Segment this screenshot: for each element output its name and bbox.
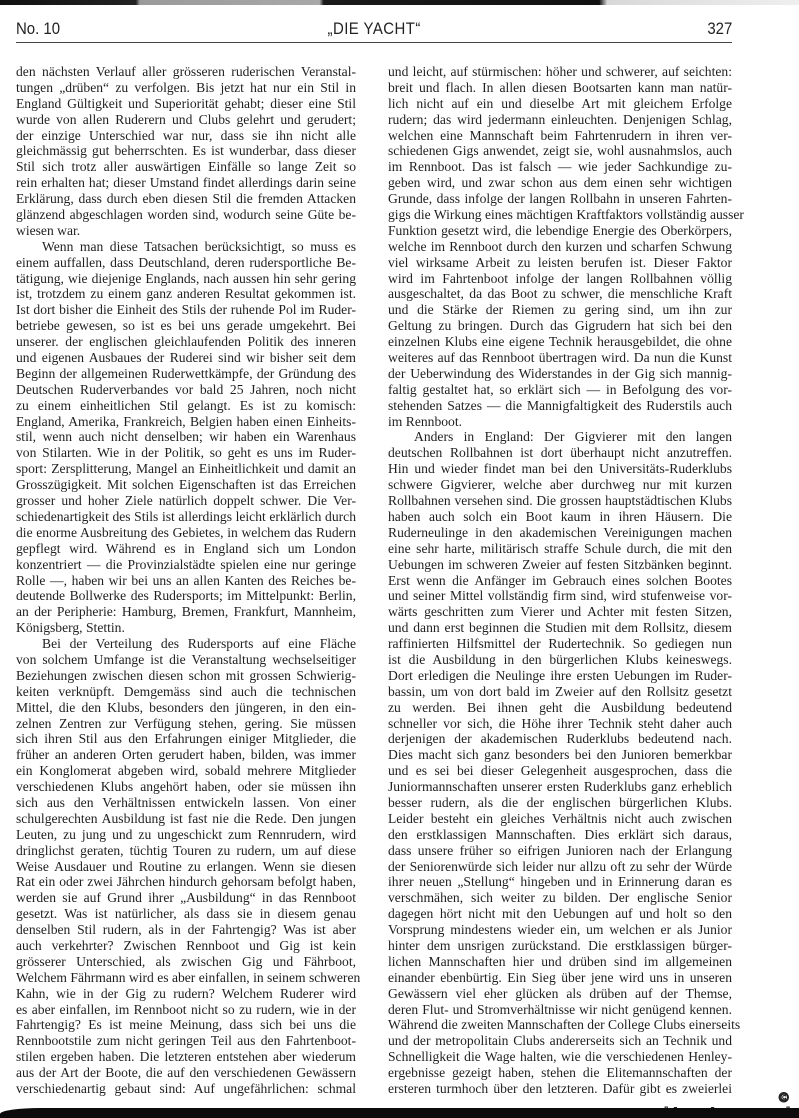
text-line: zu werden. Bei ihnen geht die Ausbildung…	[388, 700, 732, 716]
text-line: Beziehungen zwischen diesen schon mit gr…	[16, 668, 356, 684]
text-line: viel wirksame Arbeit zu leisten berufen …	[388, 255, 732, 271]
text-line: Königsberg, Stettin.	[16, 620, 356, 636]
text-line: Schnelligkeit die Wage halten, wie die v…	[388, 1049, 732, 1065]
text-line: Juniormannschaften unserer ersten Ruderk…	[388, 779, 732, 795]
text-line: weiteres auf das Rennboot übertragen wir…	[388, 350, 732, 366]
text-line: und seiner Mittel vollständig firm sind,…	[388, 588, 732, 604]
text-line: schiedenen Gigs anwendet, zeigt sie, woh…	[388, 143, 732, 159]
text-line: breit und flach. In allen diesen Bootsar…	[388, 80, 732, 96]
text-line: ist, trotzdem zu einem ganz anderen Resu…	[16, 286, 356, 302]
text-line: Dies macht sich ganz besonders bei den J…	[388, 747, 732, 763]
text-line: Ist dort bisher die Einheit des Stils de…	[16, 302, 356, 318]
text-line: wärts geschritten zum Vierer und Achter …	[388, 604, 732, 620]
text-line: ist die Ausbildung in den bürgerlichen K…	[388, 652, 732, 668]
text-line: stehenden Satzes — die Mannigfaltigkeit …	[388, 398, 732, 414]
text-line: grosser und hoher Ziele natürlich doppel…	[16, 493, 356, 509]
text-line: Rollbahnen versehen sind. Die grossen ha…	[388, 493, 732, 509]
text-line: gesetzt. Was ist natürlicher, als dass s…	[16, 906, 356, 922]
text-line: hinter dem unsrigen zurückstand. Die ers…	[388, 938, 732, 954]
text-line: glänzend abgeschlagen worden sind, wodur…	[16, 207, 356, 223]
text-line: bassin, um von dort bald im Zweier auf d…	[388, 684, 732, 700]
text-line: Rolle —, haben wir bei uns an allen Kant…	[16, 573, 356, 589]
text-line: Stil sich trotz aller auswärtigen Einfäl…	[16, 159, 356, 175]
text-line: Erst wenn die Anfänger im Gebrauch eines…	[388, 573, 732, 589]
text-line: Kahn, wie in der Gig zu rudern? Welchem …	[16, 986, 356, 1002]
text-line: verschiedenartig gebaut sind: Auf ungefä…	[16, 1081, 356, 1097]
text-line: einem auffallen, dass Deutschland, deren…	[16, 255, 356, 271]
text-line: im Rennboot. Das ist falsch — wie jeder …	[388, 159, 732, 175]
scan-border-bottom	[0, 1108, 799, 1118]
text-line: im Rennboot.	[388, 414, 732, 430]
text-line: schiedenartigkeit des Stils ist allerdin…	[16, 509, 356, 525]
text-column-right: und leicht, auf stürmischen: höher und s…	[388, 64, 732, 1097]
text-line: es aber einfallen, im Rennboot nicht so …	[16, 1002, 356, 1018]
text-line: England Gültigkeit und Superiorität geha…	[16, 96, 356, 112]
text-line: einzelnen Klubs eine eigene Technik hera…	[388, 334, 732, 350]
text-line: Ruderneulinge in den akademischen Verein…	[388, 525, 732, 541]
text-line: Leuten, zu jung und zu ungeschickt zum R…	[16, 827, 356, 843]
text-line: der einzige Unterschied war nur, dass si…	[16, 128, 356, 144]
text-line: den erstklassigen Mannschaften. Dies erk…	[388, 827, 732, 843]
text-line: Uebungen im schweren Zweier auf festen S…	[388, 557, 732, 573]
text-line: der Seniorenwürde sich leider nur allzu …	[388, 859, 732, 875]
text-line: rein erhalten hat; dieser Umstand findet…	[16, 175, 356, 191]
text-line: deren Flut- und Stromverhältnisse wir ni…	[388, 1002, 732, 1018]
text-line: derjenigen der akademischen Ruderklubs b…	[388, 731, 732, 747]
paragraph: Bei der Verteilung des Rudersports auf e…	[16, 636, 356, 1097]
text-line: und dann erst beginnen die Studien mit d…	[388, 620, 732, 636]
text-line: Gewässern viel eher glücken als drüben a…	[388, 986, 732, 1002]
text-line: raffinierten Hilfsmittel der Rudertechni…	[388, 636, 732, 652]
paragraph: und leicht, auf stürmischen: höher und s…	[388, 64, 732, 429]
scan-border-top	[0, 0, 799, 5]
text-line: Mittel, die den Klubs, besonders den jün…	[16, 700, 356, 716]
text-line: Während die zweiten Mannschaften der Col…	[388, 1017, 732, 1033]
text-line: ergebnisse gezeigt haben, stehen die Eli…	[388, 1065, 732, 1081]
text-line: Welchem Fährmann wird es aber einfallen,…	[16, 970, 356, 986]
text-line: deutschen Rollbahnen ist dort überhaupt …	[388, 445, 732, 461]
text-line: Bei der Verteilung des Rudersports auf e…	[16, 636, 356, 652]
text-line: sport: Zersplitterung, Mangel an Einheit…	[16, 461, 356, 477]
text-line: ausgeschaltet, da das Boot zu schwer, di…	[388, 286, 732, 302]
text-line: dagegen hört nicht mit den Uebungen auf …	[388, 906, 732, 922]
text-line: dass unsere früher so eifrigen Junioren …	[388, 843, 732, 859]
text-line: gepflegt wird. Während es in England sic…	[16, 541, 356, 557]
text-line: gigs die Wirkung eines mächtigen Kraftfa…	[388, 207, 732, 223]
text-line: grösserer Unterschied, als zwischen Gig …	[16, 954, 356, 970]
text-line: Beginn der allgemeinen Ruderwettkämpfe, …	[16, 366, 356, 382]
text-line: früher an anderen Orten gerudert haben, …	[16, 747, 356, 763]
text-line: schulgerechten Ausbildung ist fast nie d…	[16, 811, 356, 827]
text-line: an der Peripherie: Hamburg, Bremen, Fran…	[16, 604, 356, 620]
paragraph: Wenn man diese Tatsachen berücksichtigt,…	[16, 239, 356, 636]
text-line: verschmähen, sich weiter zu bilden. Der …	[388, 890, 732, 906]
text-line: Erklärung, dass durch eben diesen Stil d…	[16, 191, 356, 207]
text-line: lich nicht auf ein und dieselbe Art mit …	[388, 96, 732, 112]
paragraph: den nächsten Verlauf aller grösseren rud…	[16, 64, 356, 239]
text-line: geben wird, und zwar schon aus dem einen…	[388, 175, 732, 191]
text-line: stilen ergeben haben. Die letzteren ents…	[16, 1049, 356, 1065]
text-line: deutende Bollwerke des Rudersports; im M…	[16, 588, 356, 604]
text-line: welchen eine Mannschaft beim Fahrtenrude…	[388, 128, 732, 144]
text-line: wiesen war.	[16, 223, 356, 239]
header-rule	[16, 42, 732, 43]
text-line: tungen „drüben“ zu verfolgen. Bis jetzt …	[16, 80, 356, 96]
text-line: ihrer neuen „Stellung“ hingeben und in E…	[388, 874, 732, 890]
text-line: Leider besteht ein gleiches Verhältnis n…	[388, 811, 732, 827]
text-line: ein Konglomerat abgeben wird, sobald meh…	[16, 763, 356, 779]
text-line: sich aus den Verhältnissen entwickeln la…	[16, 795, 356, 811]
text-line: schwere Gigvierer, welche aber durchweg …	[388, 477, 732, 493]
text-line: werden sie auf Grund ihrer „Ausbildung“ …	[16, 890, 356, 906]
text-line: Geltung zu bringen. Durch das Gigrudern …	[388, 318, 732, 334]
text-line: und die Stärke der Riemen zu gering sind…	[388, 302, 732, 318]
text-line: Fahrtengig? Es ist meine Meinung, dass s…	[16, 1017, 356, 1033]
page-number: 327	[707, 19, 732, 39]
text-line: Dort erledigen die Neulinge ihre ersten …	[388, 668, 732, 684]
text-line: stil, wenn auch nicht denselben; wir hab…	[16, 429, 356, 445]
text-line: und es sei bei dieser Gelegenheit ausges…	[388, 763, 732, 779]
text-line: Rennbootstile zum nicht geringen Teil au…	[16, 1033, 356, 1049]
text-column-left: den nächsten Verlauf aller grösseren rud…	[16, 64, 356, 1097]
text-line: wurde von allen Ruderern und Clubs geleh…	[16, 112, 356, 128]
publication-title: „DIE YACHT“	[16, 19, 732, 39]
text-line: wird im Fahrtenboot infolge der langen R…	[388, 271, 732, 287]
text-line: einander ebenbürtig. Ein Sieg über jene …	[388, 970, 732, 986]
text-line: Funktion gesetzt wird, die lebendige Ene…	[388, 223, 732, 239]
text-line: von Stilarten. Wie in der Politik, so ge…	[16, 445, 356, 461]
text-line: der Ueberwindung des Widerstandes in der…	[388, 366, 732, 382]
text-line: betriebe gewesen, so ist es bei uns gera…	[16, 318, 356, 334]
text-line: den nächsten Verlauf aller grösseren rud…	[16, 64, 356, 80]
text-line: denselben Stil rudern, als in der Fahrte…	[16, 922, 356, 938]
text-line: dringlichst geraten, tüchtig Touren zu r…	[16, 843, 356, 859]
text-line: gleichmässig gut beherrschten. Es ist wu…	[16, 143, 356, 159]
text-line: und eigenen Ausbaues der Ruderei sind wi…	[16, 350, 356, 366]
text-line: von solchem Umfange ist die Veranstaltun…	[16, 652, 356, 668]
text-line: auch verkehrter? Zwischen Rennboot und G…	[16, 938, 356, 954]
text-line: haben auch solch ein Boot kaum in ihren …	[388, 509, 732, 525]
text-line: keiten verknüpft. Demgemäss sind auch di…	[16, 684, 356, 700]
text-line: aus der Art der Boote, die auf den versc…	[16, 1065, 356, 1081]
text-line: Rat ein oder zwei Jährchen hindurch geho…	[16, 874, 356, 890]
paragraph: Anders in England: Der Gigvierer mit den…	[388, 429, 732, 1096]
text-line: sich ihren Stil aus den Erfahrungen eini…	[16, 731, 356, 747]
text-line: konzentriert — die Provinzialstädte spie…	[16, 557, 356, 573]
text-line: und leicht, auf stürmischen: höher und s…	[388, 64, 732, 80]
text-line: verschiedenen Klubs angehört haben, oder…	[16, 779, 356, 795]
text-line: Deutschen Ruderverbandes vor bald 25 Jah…	[16, 382, 356, 398]
text-line: Anders in England: Der Gigvierer mit den…	[388, 429, 732, 445]
running-header: No. 10 „DIE YACHT“ 327	[16, 16, 646, 42]
text-line: Grunde, dass infolge der langen Rollbahn…	[388, 191, 732, 207]
text-line: tätigung, wie diejenige Englands, nach a…	[16, 271, 356, 287]
text-line: zelnen Zentren zur Verfügung stehen, ger…	[16, 716, 356, 732]
text-line: schneller vor sich, die Höhe ihrer Techn…	[388, 716, 732, 732]
text-line: zu einem einheitlichen Stil gelangt. Es …	[16, 398, 356, 414]
text-line: Grosszügigkeit. Mit solchen Eigenschafte…	[16, 477, 356, 493]
text-line: faltig gestaltet hat, so erklärt sich — …	[388, 382, 732, 398]
text-line: lichen Mannschaften hier und drüben sind…	[388, 954, 732, 970]
text-line: Wenn man diese Tatsachen berücksichtigt,…	[16, 239, 356, 255]
text-line: rudern; das wird jedermann einleuchten. …	[388, 112, 732, 128]
text-line: und der metropolitain Clubs andererseits…	[388, 1033, 732, 1049]
text-line: Hin und wieder findet man bei den Univer…	[388, 461, 732, 477]
text-line: eine sehr harte, militärisch straffe Sch…	[388, 541, 732, 557]
text-line: welche im Rennboot durch den kurzen und …	[388, 239, 732, 255]
text-line: England, Amerika, Frankreich, Belgien ha…	[16, 414, 356, 430]
text-line: besser rudern, als die der englischen bü…	[388, 795, 732, 811]
text-line: Vorsprung mindestens wieder ein, um welc…	[388, 922, 732, 938]
text-line: die enorme Ausbreitung des Gebietes, in …	[16, 525, 356, 541]
text-line: unserer. der englischen gleichlaufenden …	[16, 334, 356, 350]
text-line: Weise Ausdauer und Routine zu erlangen. …	[16, 859, 356, 875]
